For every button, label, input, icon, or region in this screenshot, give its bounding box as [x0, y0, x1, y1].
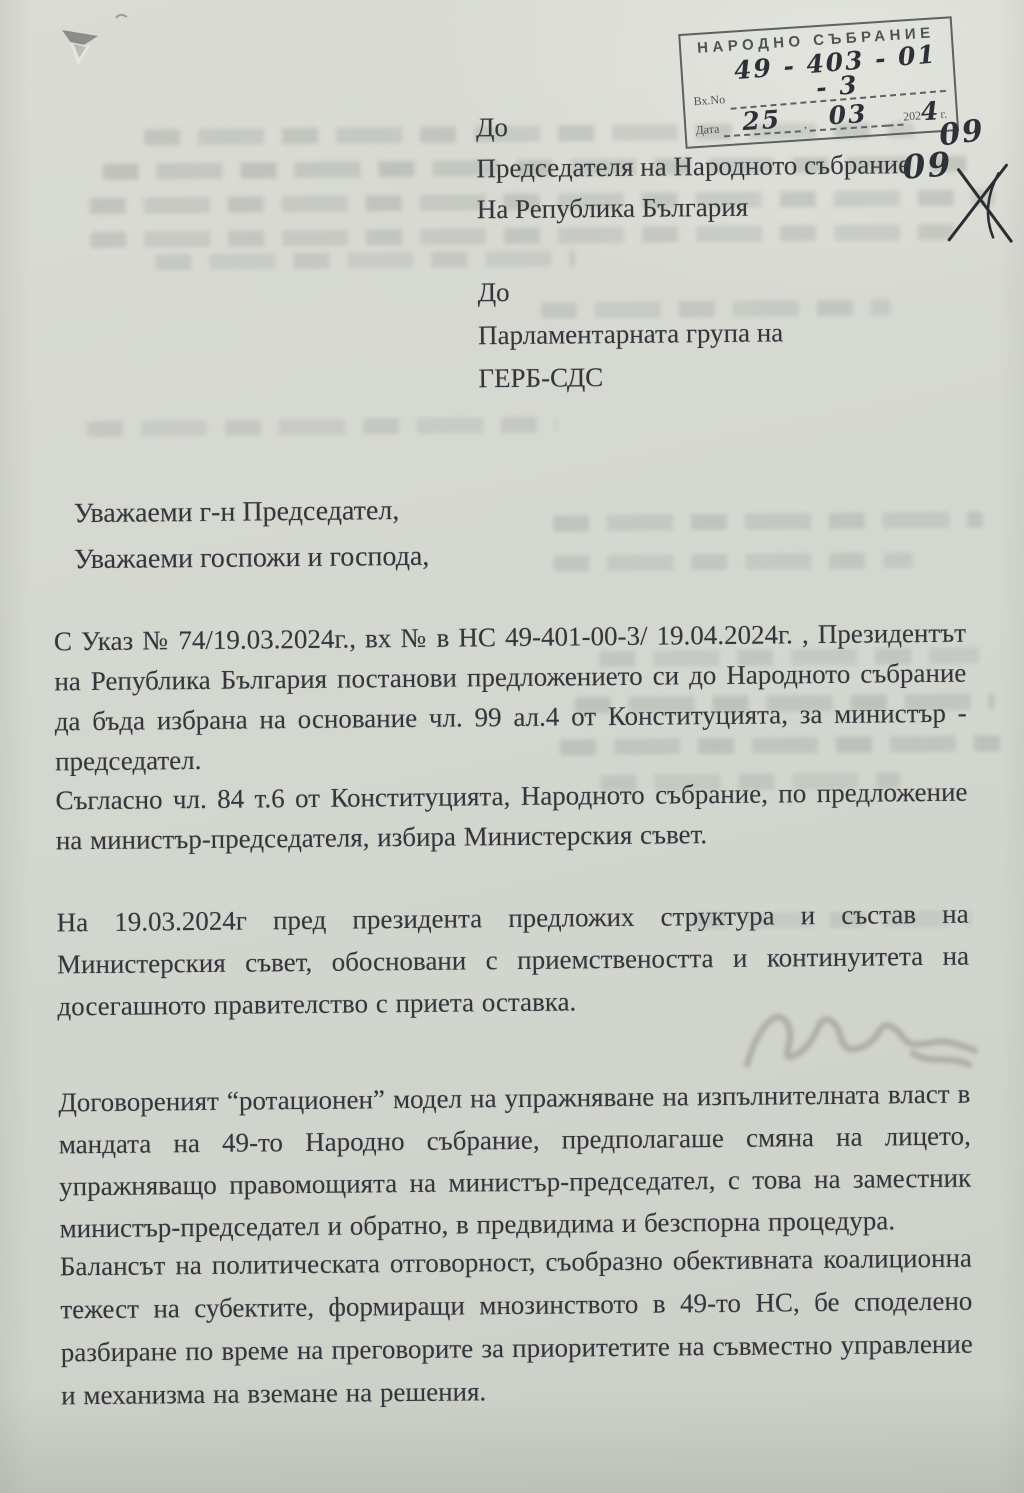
- recipient-line: ГЕРБ-СДС: [478, 353, 948, 401]
- recipient-line: На Република България: [477, 185, 947, 231]
- paragraph-proposal: На 19.03.2024г пред президента предложих…: [56, 893, 969, 1028]
- bleed-through-line: [553, 511, 983, 531]
- bleed-through-line: [87, 417, 557, 438]
- recipient-block-parliamentary-group: До Парламентарната група на ГЕРБ-СДС: [477, 267, 948, 401]
- salutation-line: Уважаеми госпожи и господа,: [74, 534, 430, 583]
- paragraph-rotation-model: Договореният “ротационен” модел на упраж…: [58, 1073, 972, 1250]
- recipient-to: До: [477, 267, 947, 315]
- bleed-through-line: [553, 552, 913, 571]
- paragraph-constitution: Съгласно чл. 84 т.6 от Конституцията, На…: [55, 772, 968, 861]
- paragraph-decree: С Указ № 74/19.03.2024г., вх № в НС 49-4…: [54, 613, 967, 782]
- letter-content: НАРОДНО СЪБРАНИЕ Вх.No 49 - 403 - 01 - 3…: [0, 0, 1024, 1493]
- x-strikethrough-mark: [936, 155, 1024, 248]
- salutation: Уважаеми г-н Председател, Уважаеми госпо…: [74, 488, 430, 583]
- salutation-line: Уважаеми г-н Председател,: [74, 488, 430, 537]
- recipient-block-assembly: До Председателя на Народното събрание На…: [476, 103, 947, 231]
- bleed-through-line: [155, 250, 575, 270]
- scanned-letter-page: НАРОДНО СЪБРАНИЕ Вх.No 49 - 403 - 01 - 3…: [0, 0, 1024, 1493]
- recipient-line: Парламентарната група на: [478, 310, 948, 358]
- recipient-line: Председателя на Народното събрание: [476, 144, 946, 190]
- recipient-to: До: [476, 103, 946, 149]
- paragraph-balance: Балансът на политическата отговорност, с…: [60, 1237, 974, 1418]
